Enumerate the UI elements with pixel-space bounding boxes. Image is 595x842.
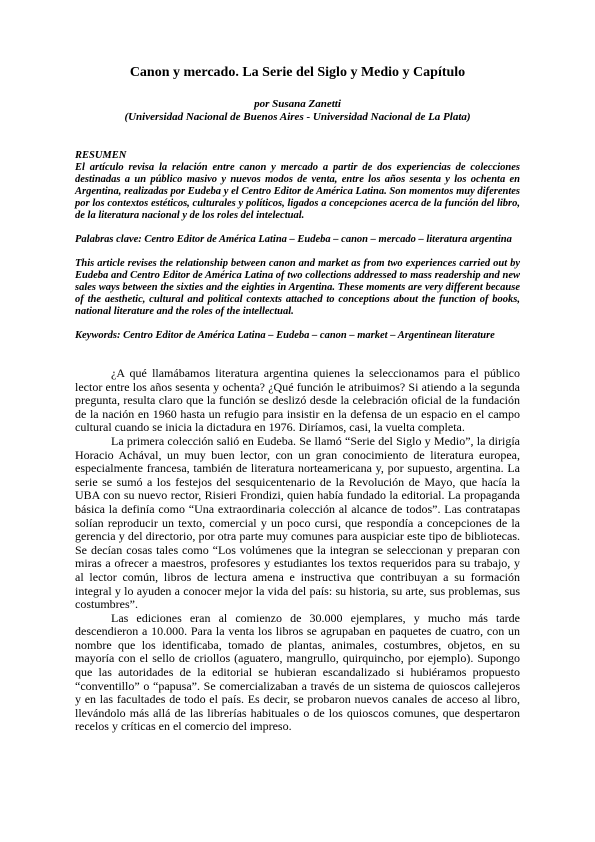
byline: por Susana Zanetti (Universidad Nacional…	[75, 98, 520, 123]
page-title: Canon y mercado. La Serie del Siglo y Me…	[75, 65, 520, 81]
body-paragraph: Las ediciones eran al comienzo de 30.000…	[75, 612, 520, 734]
document-page: Canon y mercado. La Serie del Siglo y Me…	[0, 0, 595, 842]
abstract-es-heading: RESUMEN	[75, 150, 520, 162]
keywords-en-line: Keywords: Centro Editor de América Latin…	[75, 330, 520, 342]
abstract-es-text: El artículo revisa la relación entre can…	[75, 162, 520, 222]
body-paragraph: ¿A qué llamábamos literatura argentina q…	[75, 367, 520, 435]
keywords-es-line: Palabras clave: Centro Editor de América…	[75, 234, 520, 246]
body-paragraph: La primera colección salió en Eudeba. Se…	[75, 435, 520, 612]
byline-affiliation: (Universidad Nacional de Buenos Aires - …	[75, 111, 520, 124]
byline-author: por Susana Zanetti	[75, 98, 520, 111]
abstract-section: RESUMEN El artículo revisa la relación e…	[75, 150, 520, 342]
abstract-en-text: This article revises the relationship be…	[75, 258, 520, 318]
article-body: ¿A qué llamábamos literatura argentina q…	[75, 367, 520, 734]
